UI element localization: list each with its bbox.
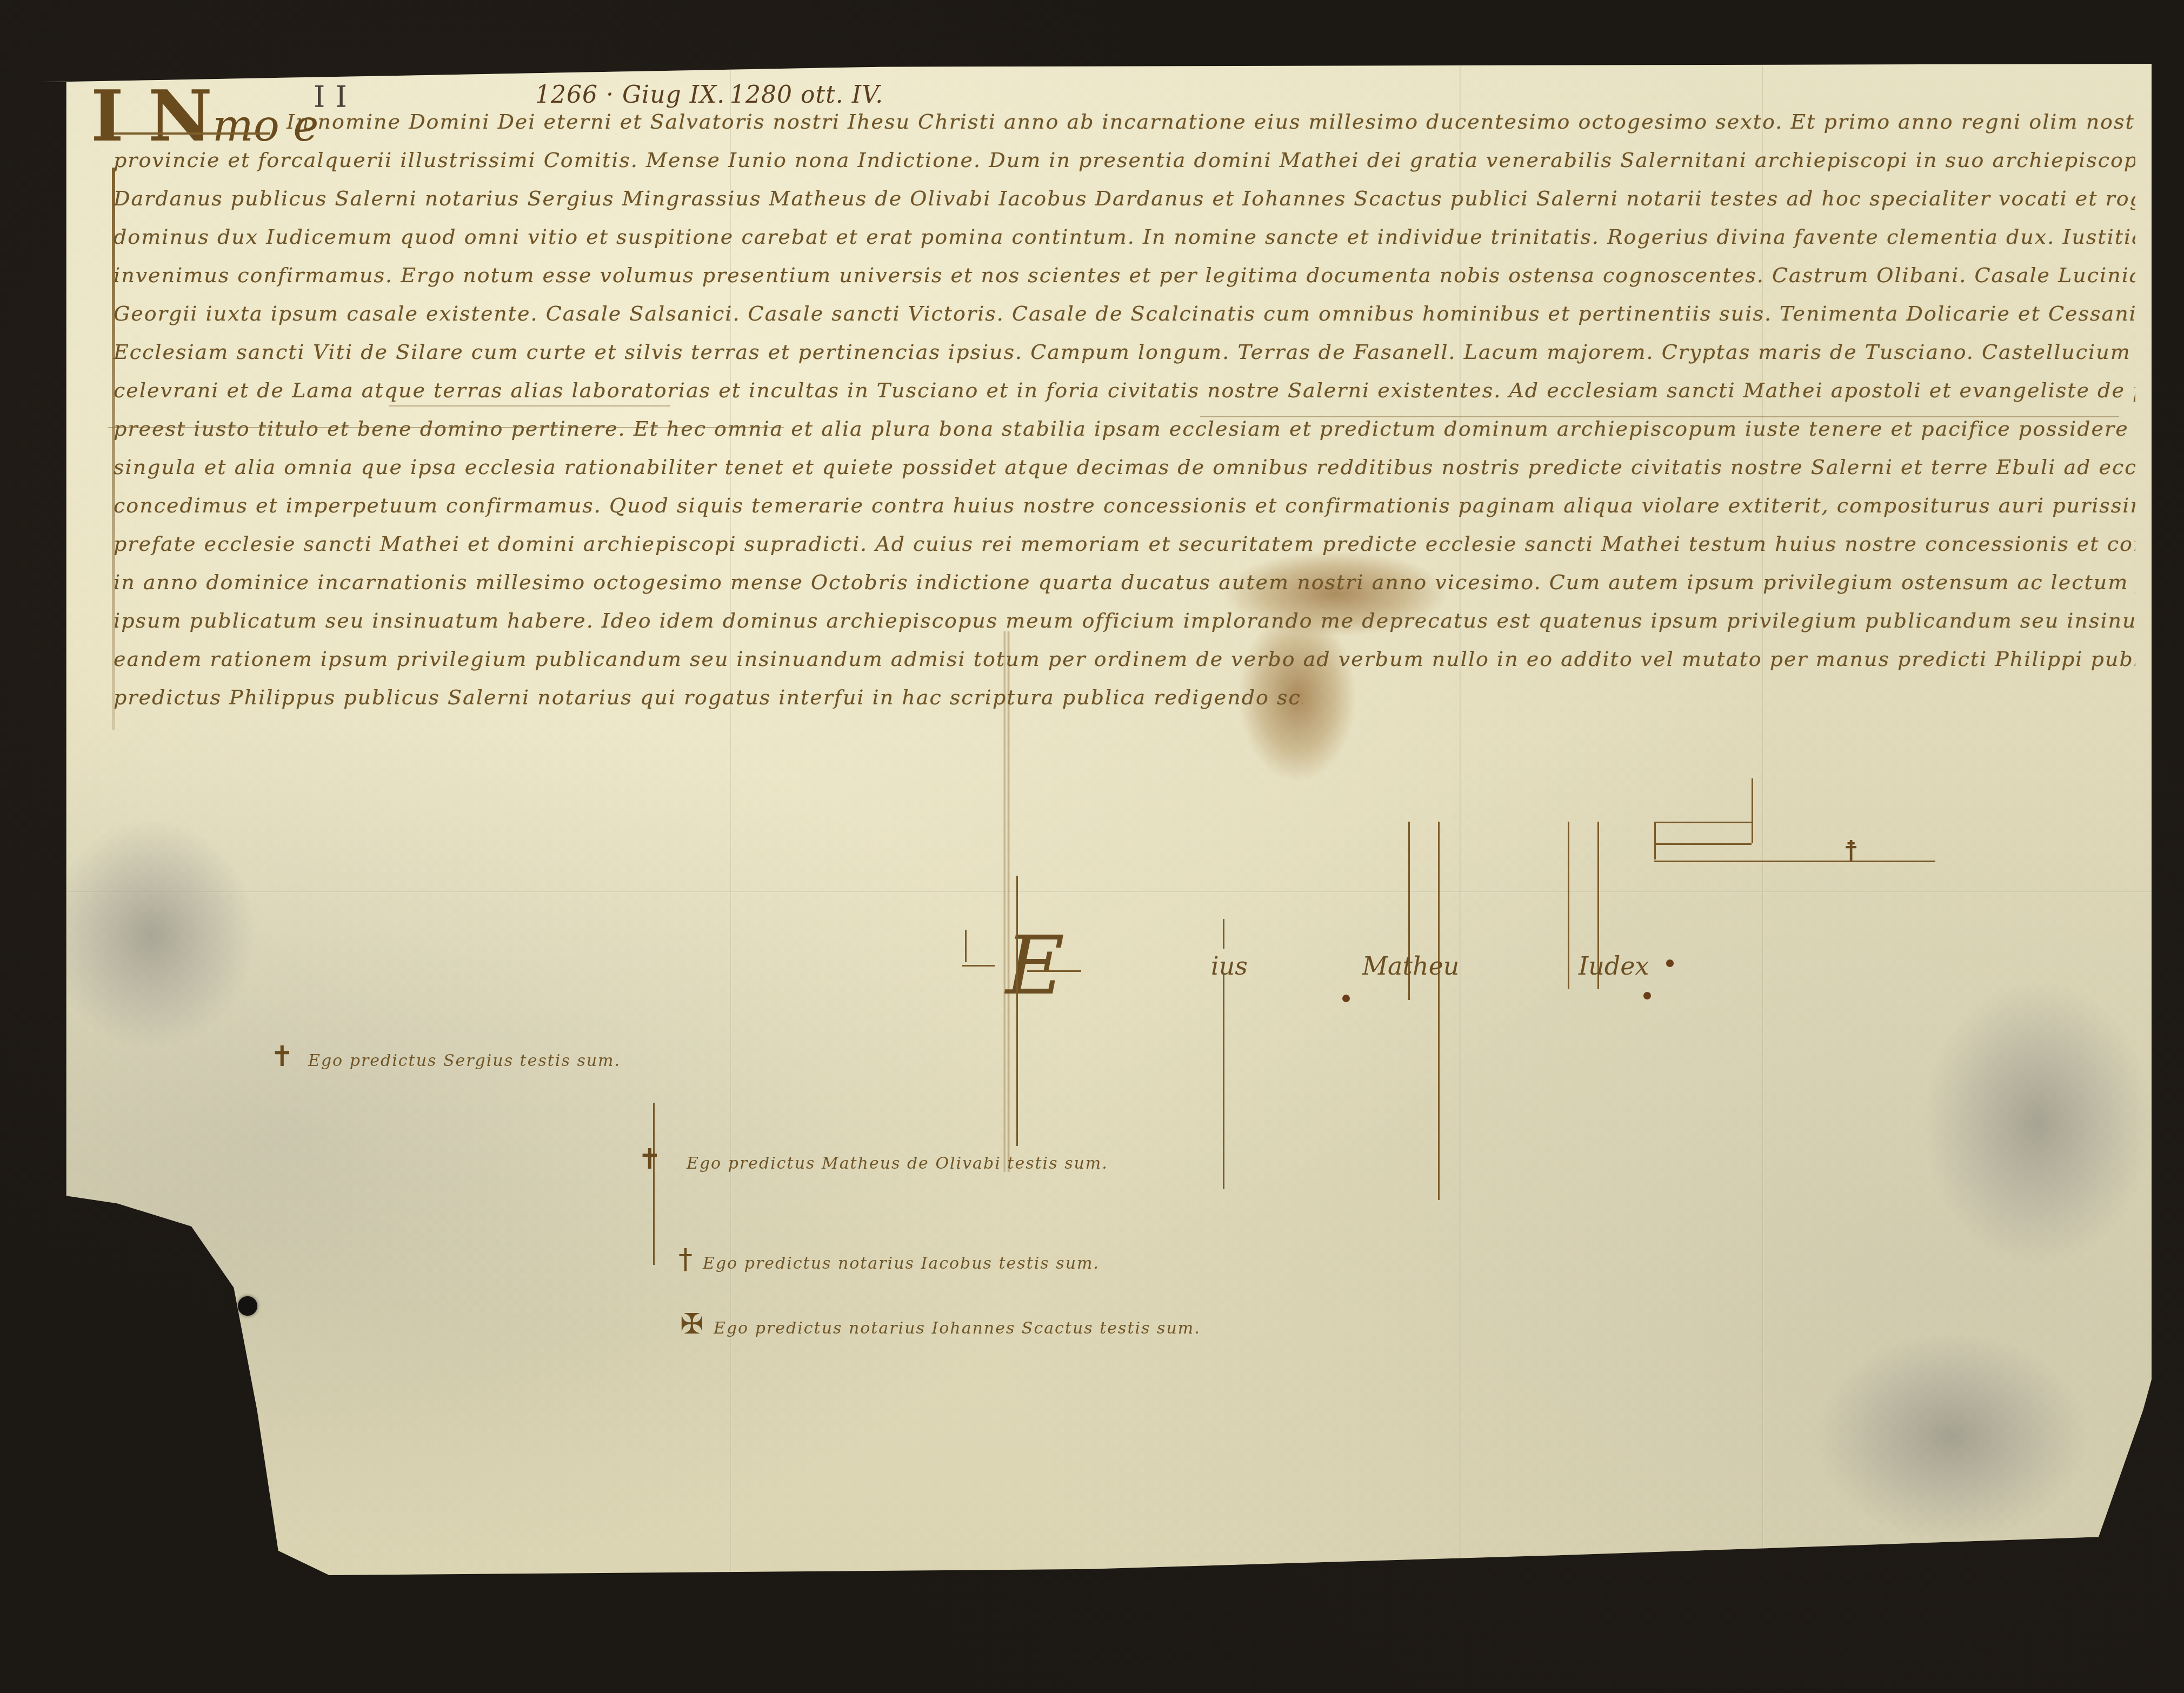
grey-smudge bbox=[1925, 983, 2152, 1264]
text-line: concedimus et imperpetuum confirmamus. Q… bbox=[92, 486, 2135, 525]
signum-stroke bbox=[965, 930, 967, 962]
witness-subscription: Ego predictus notarius Iacobus testis su… bbox=[703, 1254, 1100, 1273]
signum-stroke bbox=[1223, 973, 1224, 1189]
text-line: ipsum publicatum seu insinuatum habere. … bbox=[92, 602, 2135, 640]
signum-stroke bbox=[1654, 861, 1935, 862]
text-line: celevrani et de Lama atque terras alias … bbox=[92, 371, 2135, 410]
witness-subscription: Ego predictus Matheus de Olivabi testis … bbox=[687, 1154, 1108, 1173]
text-line: dominus dux Iudicemum quod omni vitio et… bbox=[92, 218, 2135, 256]
ink-underline bbox=[1200, 416, 2119, 417]
text-line: Georgii iuxta ipsum casale existente. Ca… bbox=[92, 295, 2135, 333]
signum-stroke bbox=[1654, 822, 1752, 823]
signum-stroke bbox=[962, 965, 995, 967]
signum-stroke bbox=[1752, 778, 1753, 843]
cross-icon: ✠ bbox=[680, 1308, 704, 1341]
signum-stroke bbox=[1654, 843, 1752, 845]
text-line: preest iusto titulo et bene domino perti… bbox=[92, 410, 2135, 448]
signum-word: Iudex bbox=[1579, 951, 1649, 981]
signum-stroke bbox=[1438, 822, 1440, 1200]
signum-word: Matheu bbox=[1362, 951, 1460, 981]
grey-smudge bbox=[49, 821, 254, 1048]
signum-dot bbox=[1643, 992, 1651, 999]
signum-stroke bbox=[653, 1103, 655, 1265]
cross-icon: ☨ bbox=[1843, 835, 1859, 868]
ink-underline bbox=[108, 427, 784, 428]
text-line: in anno dominice incarnationis millesimo… bbox=[92, 563, 2135, 602]
text-line: Ecclesiam sancti Viti de Silare cum curt… bbox=[92, 333, 2135, 371]
signum-stroke bbox=[1568, 822, 1569, 989]
signum-dot bbox=[1342, 995, 1350, 1002]
grey-smudge bbox=[1816, 1334, 2087, 1539]
text-line: eandem rationem ipsum privilegium public… bbox=[92, 640, 2135, 678]
text-line: Dardanus publicus Salerni notarius Sergi… bbox=[92, 179, 2135, 218]
text-line: prefate ecclesie sancti Mathei et domini… bbox=[92, 525, 2135, 563]
fold-line bbox=[32, 891, 2152, 892]
signum-letter: E bbox=[1006, 919, 1065, 1013]
text-line: In nomine Domini Dei eterni et Salvatori… bbox=[92, 103, 2135, 141]
text-line: provincie et forcalquerii illustrissimi … bbox=[92, 141, 2135, 179]
witness-subscription: Ego predictus notarius Iohannes Scactus … bbox=[714, 1319, 1201, 1338]
signum-stroke bbox=[1223, 919, 1224, 949]
signum-stroke bbox=[1016, 876, 1018, 1146]
parchment-hole bbox=[238, 1296, 257, 1316]
text-line: invenimus confirmamus. Ergo notum esse v… bbox=[92, 256, 2135, 295]
signum-stroke bbox=[1027, 970, 1081, 972]
ink-underline bbox=[389, 405, 670, 406]
cross-icon: † bbox=[678, 1243, 693, 1276]
text-line: predictus Philippus publicus Salerni not… bbox=[92, 678, 1303, 717]
text-line: singula et alia omnia que ipsa ecclesia … bbox=[92, 448, 2135, 486]
signum-stroke bbox=[1654, 822, 1656, 859]
witness-subscription: Ego predictus Sergius testis sum. bbox=[308, 1051, 621, 1070]
signum-word: ius bbox=[1211, 951, 1248, 981]
cross-icon: ✝ bbox=[638, 1143, 662, 1176]
cross-icon: ✝ bbox=[270, 1041, 294, 1073]
signum-dot bbox=[1666, 959, 1674, 967]
charter-body: In nomine Domini Dei eterni et Salvatori… bbox=[92, 103, 2135, 717]
